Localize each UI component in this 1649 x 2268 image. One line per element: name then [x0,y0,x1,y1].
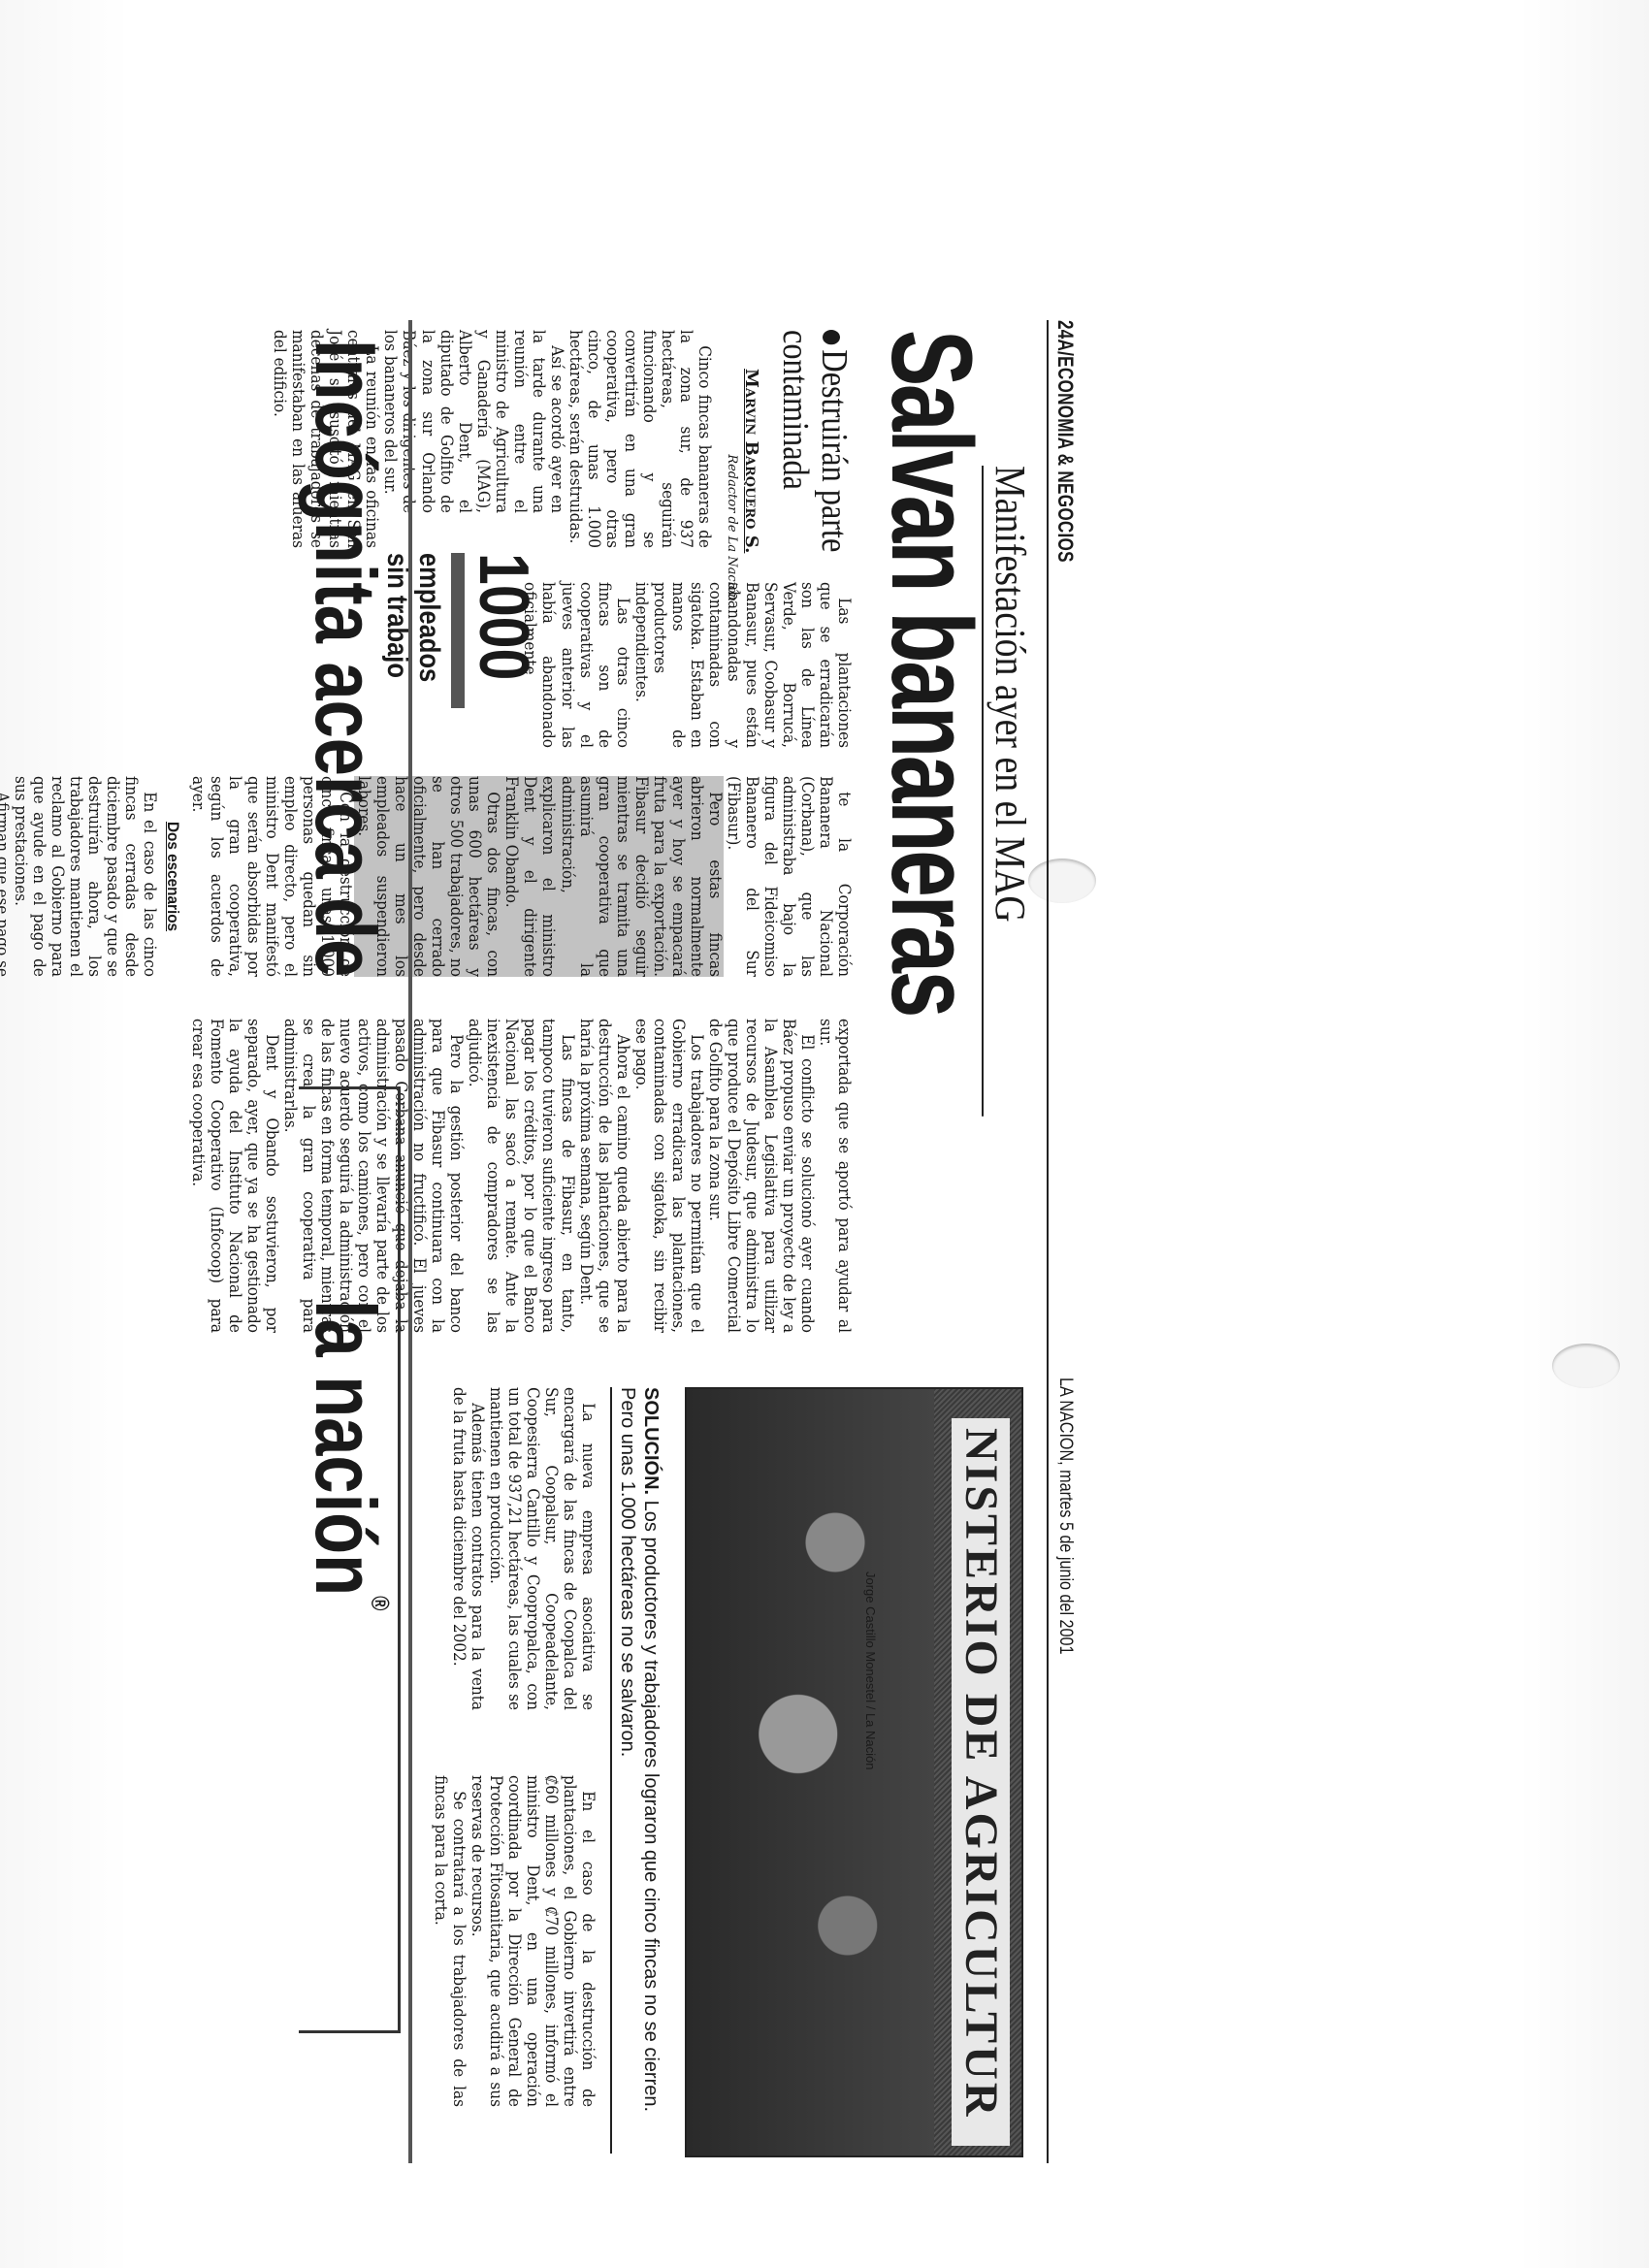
promo-banner: Incógnita acerca de la nación® [302,320,412,2163]
punch-hole [1552,1344,1620,1388]
photo-credit-rotated: Jorge Castillo Monestel / La Nación [863,1571,878,1770]
caption-label: SOLUCIÓN. [640,1387,662,1495]
dateline: LA NACION, martes 5 de junio del 2001 [1054,1377,1076,1654]
byline: Marvin Barquero S. Redactor de La Nación [725,369,761,601]
photo-caption: SOLUCIÓN. Los productores y trabajadores… [610,1387,663,2154]
registered-mark-icon: ® [366,1596,395,1610]
author-role: Redactor de La Nación [725,369,739,601]
news-photo: NISTERIO DE AGRICULTUR [685,1387,1023,2157]
photo-crowd [687,1389,934,2155]
column-2: te la Corporación Bananera Nacional (Cor… [0,776,853,977]
newspaper-clipping: 24A/ECONOMIA & NEGOCIOS LA NACION, marte… [306,320,1082,2163]
subhead: Dos escenarios [164,776,182,977]
page-header: 24A/ECONOMIA & NEGOCIOS LA NACION, marte… [1047,320,1082,2163]
bullet-icon [823,330,840,344]
banner-text: Incógnita acerca de [296,340,395,977]
column-3: exportada que se aportó para ayudar al s… [188,1019,853,1333]
photo-sign: NISTERIO DE AGRICULTUR [952,1418,1010,2146]
stat-number: 1000 [469,553,538,688]
callout-rule [451,553,465,708]
section-label: 24A/ECONOMIA & NEGOCIOS [1052,320,1078,563]
deck: Destruirán parte contaminada [775,330,853,561]
headline: Salvan bananeras [874,330,988,1016]
column-5: En el caso de la destrucción de plantaci… [431,1775,597,2107]
column-1b: Las plantaciones que se erradicarán son … [520,582,853,748]
column-4: La nueva empresa asociativa se encargará… [449,1387,597,1710]
masthead-logo: la nación® [296,1300,395,1610]
author-name: Marvin Barquero S. [741,369,761,601]
